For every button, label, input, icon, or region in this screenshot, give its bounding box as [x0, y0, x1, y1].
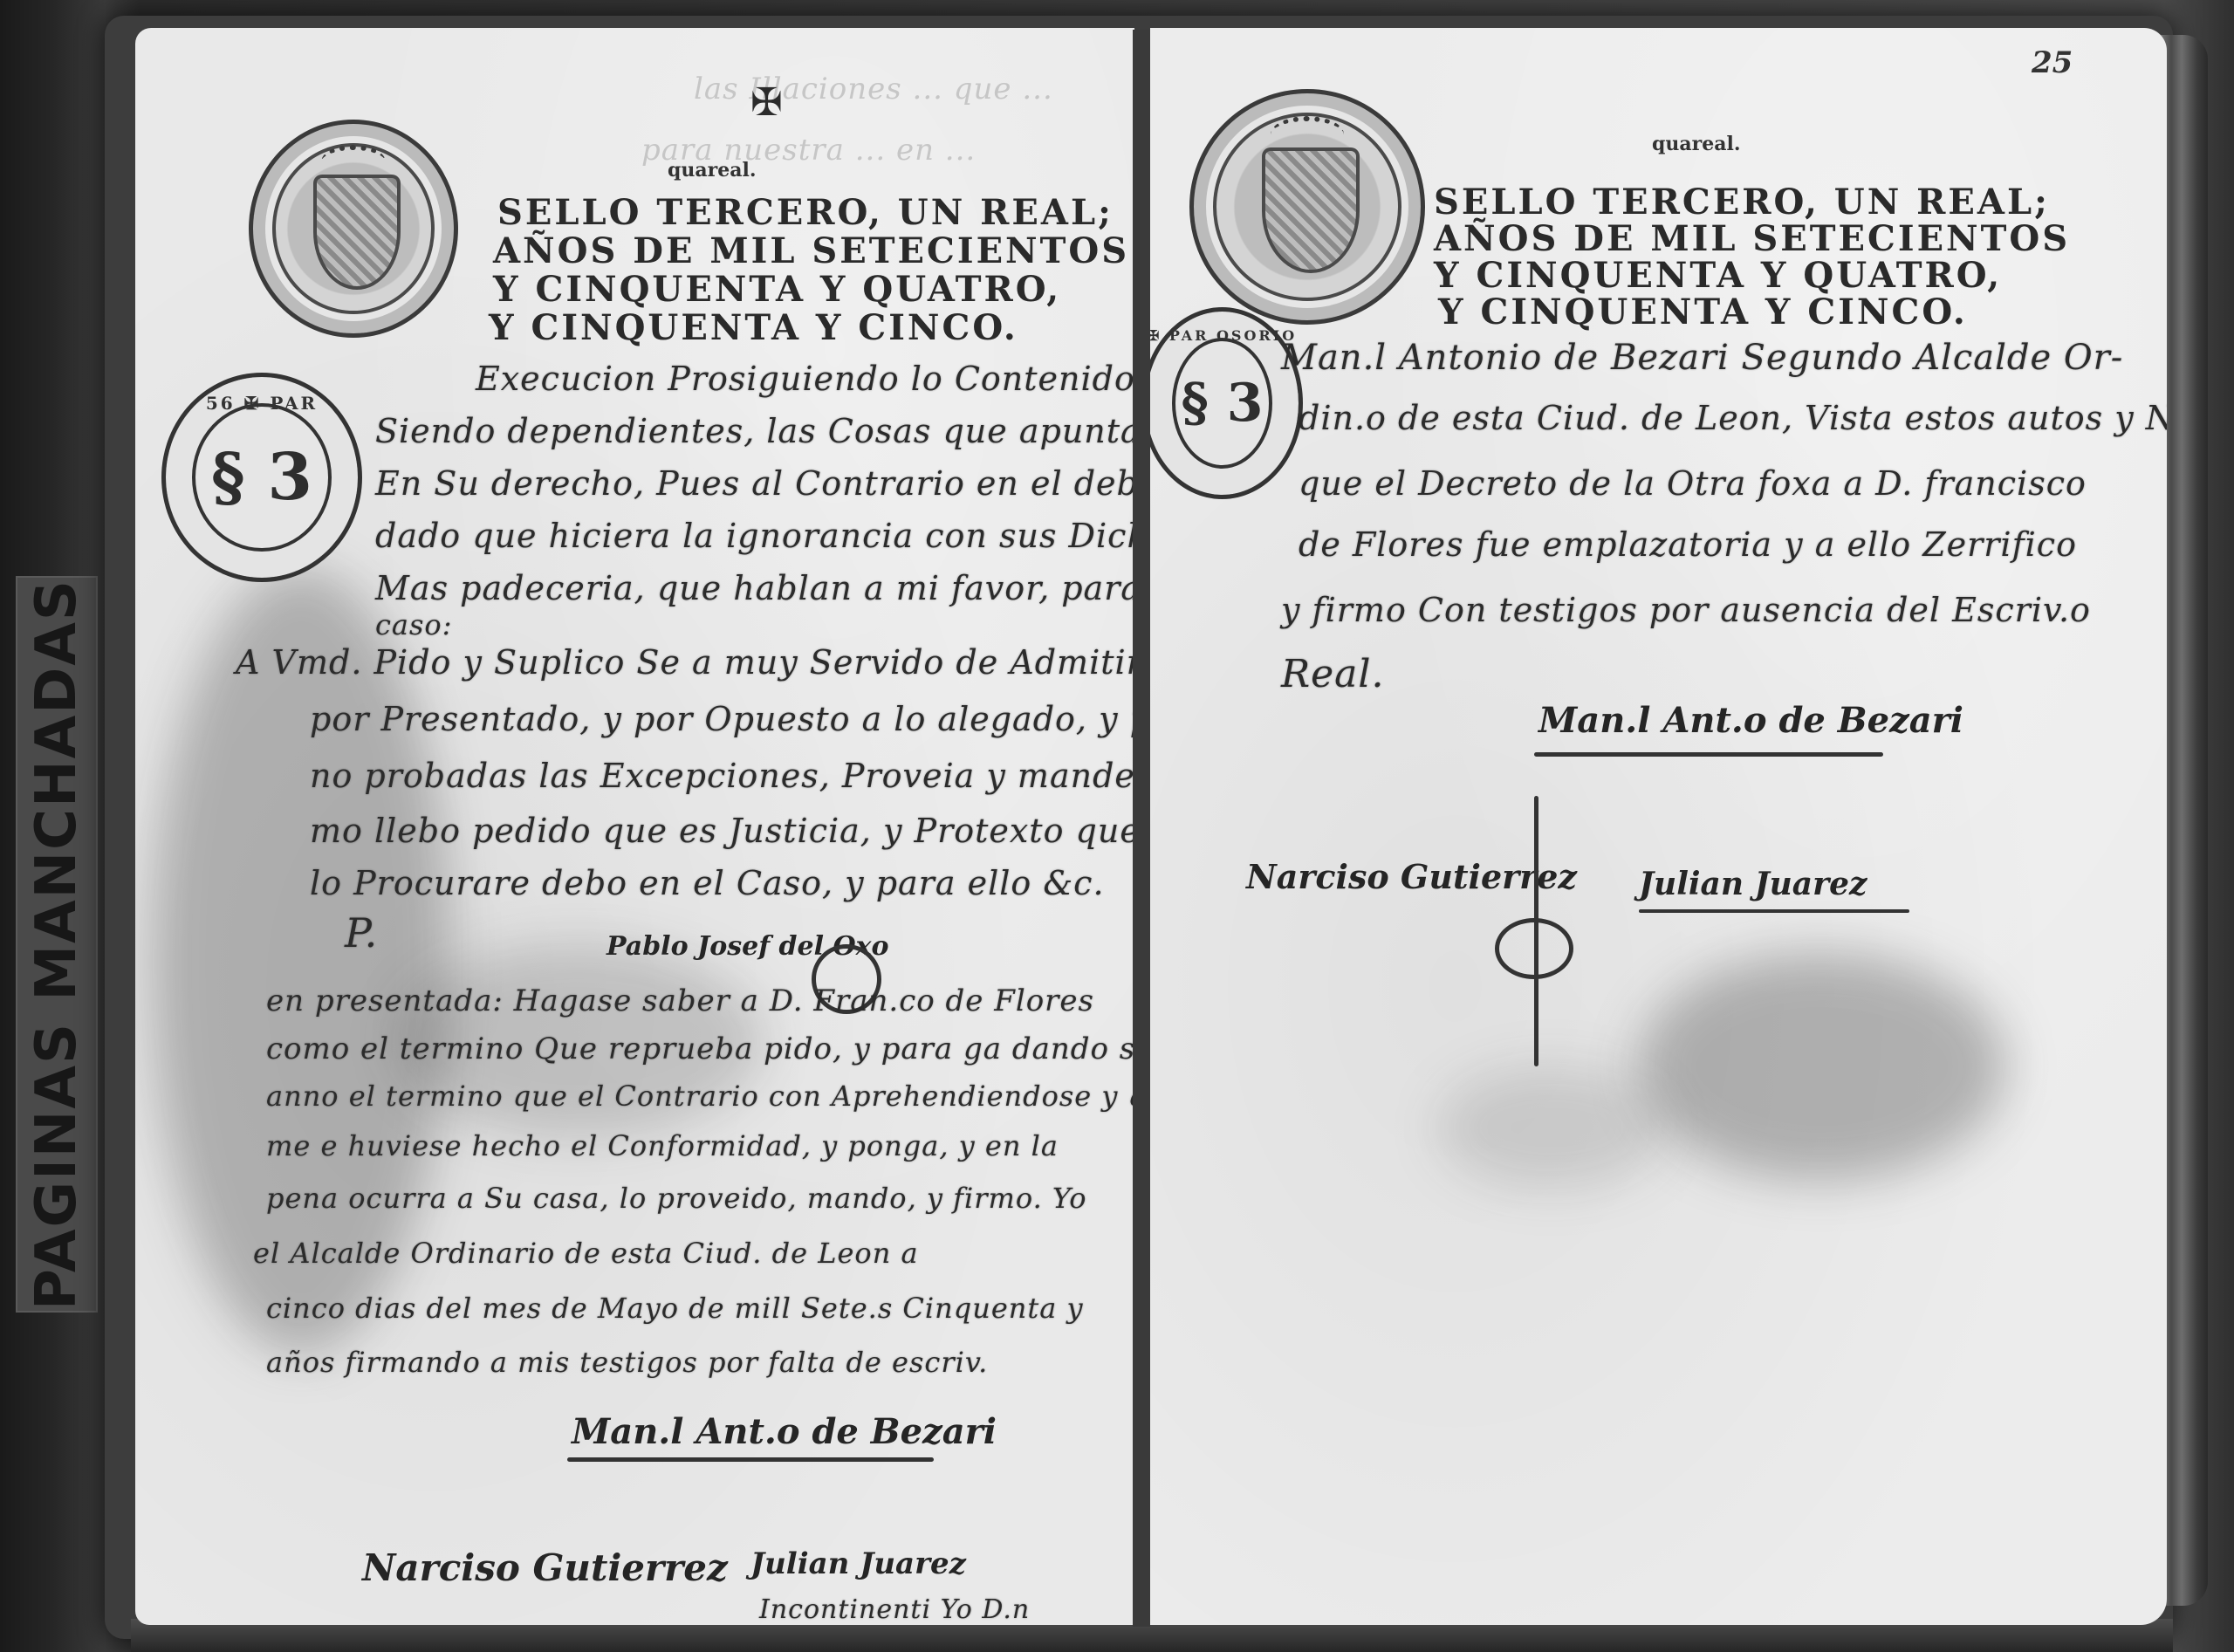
signature-underline: [1534, 752, 1883, 757]
body-line: mo llebo pedido que es Justicia, y Prote…: [310, 812, 1134, 850]
parish-stamp: 56 ✠ PAR § 3: [161, 373, 362, 582]
decree-line: anno el termino que el Contrario con Apr…: [266, 1080, 1134, 1113]
water-stain: [1639, 953, 2005, 1180]
decree-line: en presentada: Hagase saber a D. Fran.co…: [266, 984, 1094, 1018]
body-line: Execucion Prosiguiendo lo Contenido en e…: [476, 360, 1134, 398]
stamp-header-line-4: Y CINQUENTA Y CINCO.: [1438, 293, 1968, 332]
decree-line: cinco dias del mes de Mayo de mill Sete.…: [266, 1292, 1084, 1325]
body-line: que el Decreto de la Otra foxa a D. fran…: [1299, 464, 2087, 503]
stamp-header-line-2: AÑOS DE MIL SETECIENTOS: [493, 232, 1129, 271]
signature-gutierrez: Narciso Gutierrez: [1246, 857, 1577, 896]
body-line: por Presentado, y por Opuesto a lo alega…: [310, 700, 1134, 738]
margin-mark: P.: [345, 909, 378, 956]
stamp-header-line-1: SELLO TERCERO, UN REAL;: [497, 194, 1114, 232]
body-line: dado que hiciera la ignorancia con sus D…: [375, 517, 1134, 555]
stamp-header-line-3: Y CINQUENTA Y QUATRO,: [493, 271, 1061, 309]
parish-stamp: ✠ PAR OSORIO § 3: [1150, 307, 1303, 499]
body-line: din.o de esta Ciud. de Leon, Vista estos…: [1299, 399, 2167, 437]
decree-line: me e huviese hecho el Conformidad, y pon…: [266, 1129, 1059, 1162]
side-label-text: PAGINAS MANCHADAS: [24, 579, 89, 1310]
body-line: Real.: [1281, 652, 1384, 696]
body-line: y firmo Con testigos por ausencia del Es…: [1281, 591, 2091, 629]
decree-line: como el termino Que reprueba pido, y par…: [266, 1032, 1134, 1066]
left-page: las Illaciones ... que ... para nuestra …: [135, 28, 1134, 1625]
stamp-header-line-2: AÑOS DE MIL SETECIENTOS: [1434, 220, 2070, 258]
side-label-tab: PAGINAS MANCHADAS: [16, 576, 98, 1313]
cross-mark-icon: ✠: [750, 80, 783, 125]
stamp-header-line-3: Y CINQUENTA Y QUATRO,: [1434, 257, 2002, 295]
parish-stamp-number: § 3: [1181, 373, 1263, 434]
right-page: 25 quareal. SELLO TERCERO, UN REAL; AÑOS…: [1150, 28, 2167, 1625]
royal-seal: [249, 120, 458, 338]
stamp-small-print: quareal.: [1652, 133, 1741, 155]
water-stain: [1438, 1066, 1665, 1189]
coat-of-arms-icon: [1262, 147, 1360, 272]
stamp-header-line-4: Y CINQUENTA Y CINCO.: [489, 309, 1018, 347]
body-line: Mas padeceria, que hablan a mi favor, pa…: [375, 569, 1134, 607]
bleed-through-text: las Illaciones ... que ...: [694, 72, 1053, 106]
decree-line: el Alcalde Ordinario de esta Ciud. de Le…: [253, 1237, 919, 1270]
signature-juarez: Julian Juarez: [750, 1546, 966, 1581]
body-line: En Su derecho, Pues al Contrario en el d…: [375, 464, 1134, 503]
parish-stamp-number: § 3: [211, 440, 312, 515]
stamp-header-line-1: SELLO TERCERO, UN REAL;: [1434, 183, 2050, 222]
body-line: de Flores fue emplazatoria y a ello Zerr…: [1299, 525, 2077, 564]
rubric-stroke: [1534, 796, 1538, 1066]
signature-juarez: Julian Juarez: [1639, 866, 1867, 902]
coat-of-arms-icon: [313, 175, 401, 291]
signature-gutierrez: Narciso Gutierrez: [362, 1546, 728, 1589]
decree-line: años firmando a mis testigos por falta d…: [266, 1346, 988, 1379]
body-line: Siendo dependientes, las Cosas que apunt…: [375, 412, 1134, 450]
decree-line: pena ocurra a Su casa, lo proveido, mand…: [266, 1182, 1087, 1215]
royal-seal: [1189, 89, 1425, 325]
body-line: lo Procurare debo en el Caso, y para ell…: [310, 864, 1105, 902]
signature-underline: [567, 1457, 934, 1462]
signature-bezari: Man.l Ant.o de Bezari: [572, 1411, 997, 1452]
book-gutter: [1133, 30, 1150, 1627]
body-line: no probadas las Excepciones, Proveia y m…: [310, 757, 1134, 795]
body-line: Man.l Antonio de Bezari Segundo Alcalde …: [1281, 338, 2123, 378]
signature-underline: [1639, 909, 1909, 913]
body-line: A Vmd. Pido y Suplico Se a muy Servido d…: [236, 643, 1134, 682]
stamp-small-print: quareal.: [668, 159, 757, 182]
footer-note: Incontinenti Yo D.n: [759, 1594, 1030, 1625]
body-line: caso:: [375, 608, 452, 641]
parish-stamp-ring-text: 56 ✠ PAR: [166, 393, 358, 414]
folio-number: 25: [2032, 45, 2073, 80]
signature-bezari: Man.l Ant.o de Bezari: [1538, 700, 1963, 741]
parish-stamp-ring-text: ✠ PAR OSORIO: [1150, 327, 1299, 344]
